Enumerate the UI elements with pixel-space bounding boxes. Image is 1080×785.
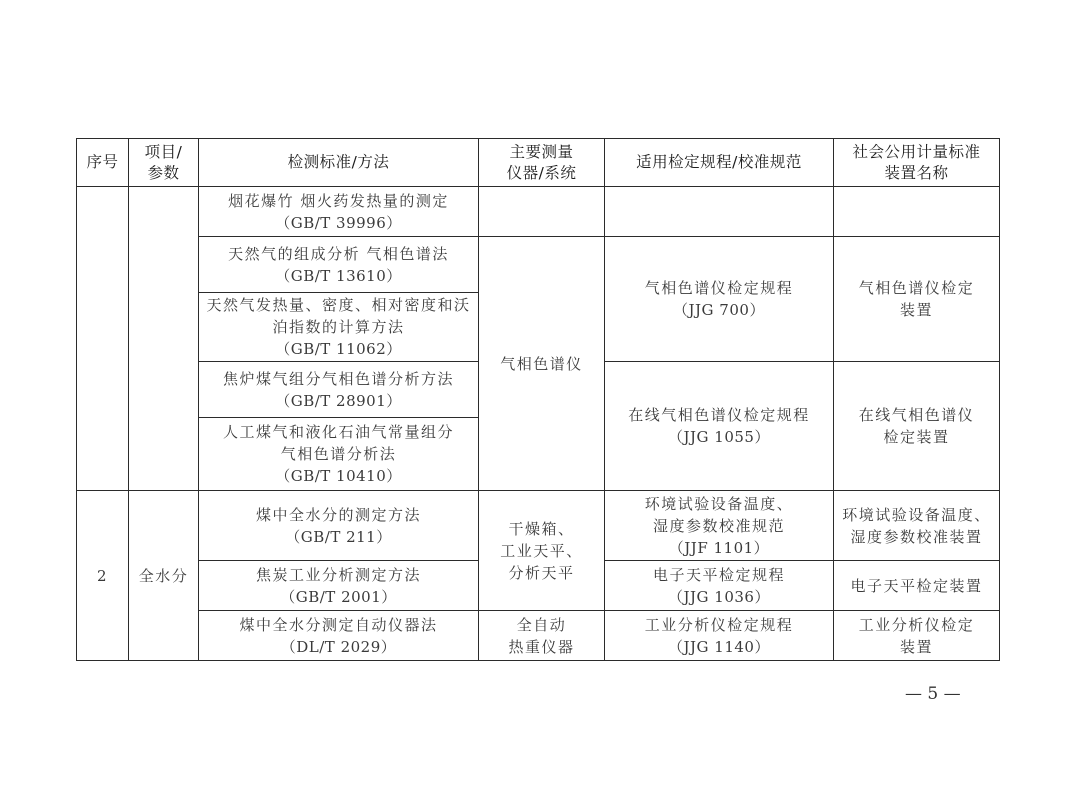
cell-regulation: 电子天平检定规程 （JJG 1036） [605, 561, 834, 611]
cell-instrument: 气相色谱仪 [479, 237, 605, 491]
cell-regulation: 工业分析仪检定规程 （JJG 1140） [605, 611, 834, 661]
cell-method: 煤中全水分测定自动仪器法 （DL/T 2029） [199, 611, 479, 661]
header-regulation: 适用检定规程/校准规范 [605, 139, 834, 187]
cell-instrument: 全自动 热重仪器 [479, 611, 605, 661]
cell-seq [77, 187, 129, 491]
cell-instrument-empty [479, 187, 605, 237]
table-row: 烟花爆竹 烟火药发热量的测定 （GB/T 39996） [77, 187, 1000, 237]
table-row: 煤中全水分测定自动仪器法 （DL/T 2029） 全自动 热重仪器 工业分析仪检… [77, 611, 1000, 661]
cell-device: 工业分析仪检定 装置 [834, 611, 1000, 661]
cell-method: 天然气发热量、密度、相对密度和沃 泊指数的计算方法 （GB/T 11062） [199, 293, 479, 362]
cell-instrument: 干燥箱、 工业天平、 分析天平 [479, 491, 605, 611]
cell-regulation: 气相色谱仪检定规程 （JJG 700） [605, 237, 834, 362]
cell-method: 天然气的组成分析 气相色谱法 （GB/T 13610） [199, 237, 479, 293]
cell-regulation: 在线气相色谱仪检定规程 （JJG 1055） [605, 362, 834, 491]
cell-seq: 2 [77, 491, 129, 661]
cell-method: 焦炉煤气组分气相色谱分析方法 （GB/T 28901） [199, 362, 479, 418]
cell-device-empty [834, 187, 1000, 237]
document-page: 序号 项目/ 参数 检测标准/方法 主要测量 仪器/系统 适用检定规程/校准规范 [0, 0, 1080, 785]
cell-method: 煤中全水分的测定方法 （GB/T 211） [199, 491, 479, 561]
table-row: 天然气的组成分析 气相色谱法 （GB/T 13610） 气相色谱仪 气相色谱仪检… [77, 237, 1000, 293]
cell-method: 焦炭工业分析测定方法 （GB/T 2001） [199, 561, 479, 611]
cell-item: 全水分 [129, 491, 199, 661]
standards-table: 序号 项目/ 参数 检测标准/方法 主要测量 仪器/系统 适用检定规程/校准规范 [76, 138, 1000, 661]
cell-regulation: 环境试验设备温度、 湿度参数校准规范 （JJF 1101） [605, 491, 834, 561]
cell-device: 气相色谱仪检定 装置 [834, 237, 1000, 362]
header-seq: 序号 [77, 139, 129, 187]
cell-device: 电子天平检定装置 [834, 561, 1000, 611]
cell-method: 人工煤气和液化石油气常量组分 气相色谱分析法 （GB/T 10410） [199, 418, 479, 491]
header-instrument: 主要测量 仪器/系统 [479, 139, 605, 187]
table-row: 2 全水分 煤中全水分的测定方法 （GB/T 211） 干燥箱、 工业天平、 分… [77, 491, 1000, 561]
table-header-row: 序号 项目/ 参数 检测标准/方法 主要测量 仪器/系统 适用检定规程/校准规范 [77, 139, 1000, 187]
cell-device: 环境试验设备温度、 湿度参数校准装置 [834, 491, 1000, 561]
cell-regulation-empty [605, 187, 834, 237]
header-item: 项目/ 参数 [129, 139, 199, 187]
header-standard-device: 社会公用计量标准 装置名称 [834, 139, 1000, 187]
cell-item [129, 187, 199, 491]
cell-device: 在线气相色谱仪 检定装置 [834, 362, 1000, 491]
page-number: — 5 — [905, 684, 961, 704]
header-method: 检测标准/方法 [199, 139, 479, 187]
cell-method: 烟花爆竹 烟火药发热量的测定 （GB/T 39996） [199, 187, 479, 237]
